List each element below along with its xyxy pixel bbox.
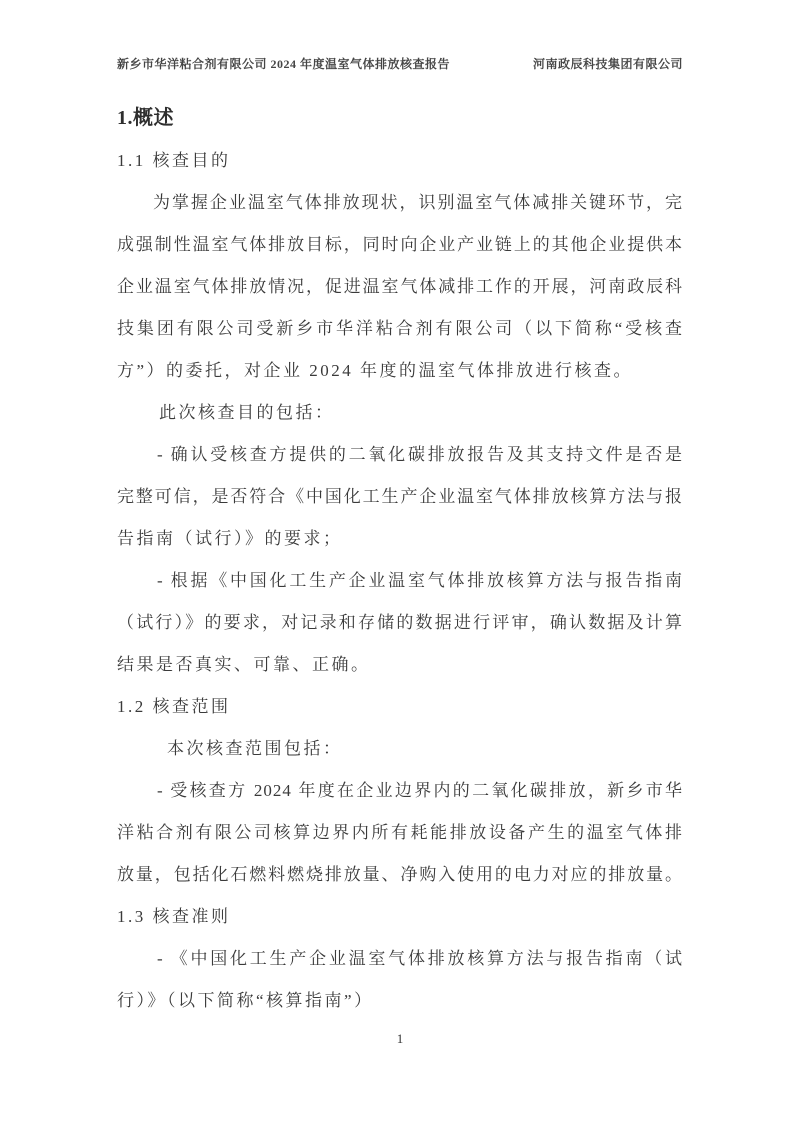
page-header: 新乡市华洋粘合剂有限公司 2024 年度温室气体排放核查报告 河南政辰科技集团有… <box>117 55 683 72</box>
page-number: 1 <box>397 1031 404 1046</box>
list-item-line: - 《中国化工生产企业温室气体排放核算方法与报告指南（试 <box>117 938 683 980</box>
list-item-line: （试行）》的要求，对记录和存储的数据进行评审，确认数据及计算 <box>117 602 683 644</box>
header-report-title: 新乡市华洋粘合剂有限公司 2024 年度温室气体排放核查报告 <box>117 55 450 72</box>
list-item-line: - 受核查方 2024 年度在企业边界内的二氧化碳排放，新乡市华 <box>117 770 683 812</box>
list-item-line: 完整可信，是否符合《中国化工生产企业温室气体排放核算方法与报 <box>117 476 683 518</box>
list-item-line: 放量，包括化石燃料燃烧排放量、净购入使用的电力对应的排放量。 <box>117 854 683 896</box>
list-item-line: 行）》（以下简称“核算指南”） <box>117 980 683 1022</box>
paragraph-line: 技集团有限公司受新乡市华洋粘合剂有限公司（以下简称“受核查 <box>117 308 683 350</box>
document-body: 1.1 核查目的 为掌握企业温室气体排放现状，识别温室气体减排关键环节，完 成强… <box>117 140 683 1022</box>
document-page: 新乡市华洋粘合剂有限公司 2024 年度温室气体排放核查报告 河南政辰科技集团有… <box>0 0 800 1131</box>
page-footer: 1 <box>0 1030 800 1048</box>
heading-verification-purpose: 1.1 核查目的 <box>117 140 683 182</box>
heading-verification-scope: 1.2 核查范围 <box>117 686 683 728</box>
paragraph-line: 为掌握企业温室气体排放现状，识别温室气体减排关键环节，完 <box>117 182 683 224</box>
paragraph-line: 本次核查范围包括： <box>117 728 683 770</box>
paragraph-line: 成强制性温室气体排放目标，同时向企业产业链上的其他企业提供本 <box>117 224 683 266</box>
paragraph-line: 企业温室气体排放情况，促进温室气体减排工作的开展，河南政辰科 <box>117 266 683 308</box>
list-item-line: 结果是否真实、可靠、正确。 <box>117 644 683 686</box>
section-title-overview: 1.概述 <box>117 104 174 132</box>
list-item-line: 洋粘合剂有限公司核算边界内所有耗能排放设备产生的温室气体排 <box>117 812 683 854</box>
paragraph-line: 方”）的委托，对企业 2024 年度的温室气体排放进行核查。 <box>117 350 683 392</box>
header-company-name: 河南政辰科技集团有限公司 <box>533 55 683 72</box>
list-item-line: - 确认受核查方提供的二氧化碳排放报告及其支持文件是否是 <box>117 434 683 476</box>
list-item-line: - 根据《中国化工生产企业温室气体排放核算方法与报告指南 <box>117 560 683 602</box>
heading-verification-criteria: 1.3 核查准则 <box>117 896 683 938</box>
paragraph-line: 此次核查目的包括： <box>117 392 683 434</box>
list-item-line: 告指南（试行）》的要求； <box>117 518 683 560</box>
